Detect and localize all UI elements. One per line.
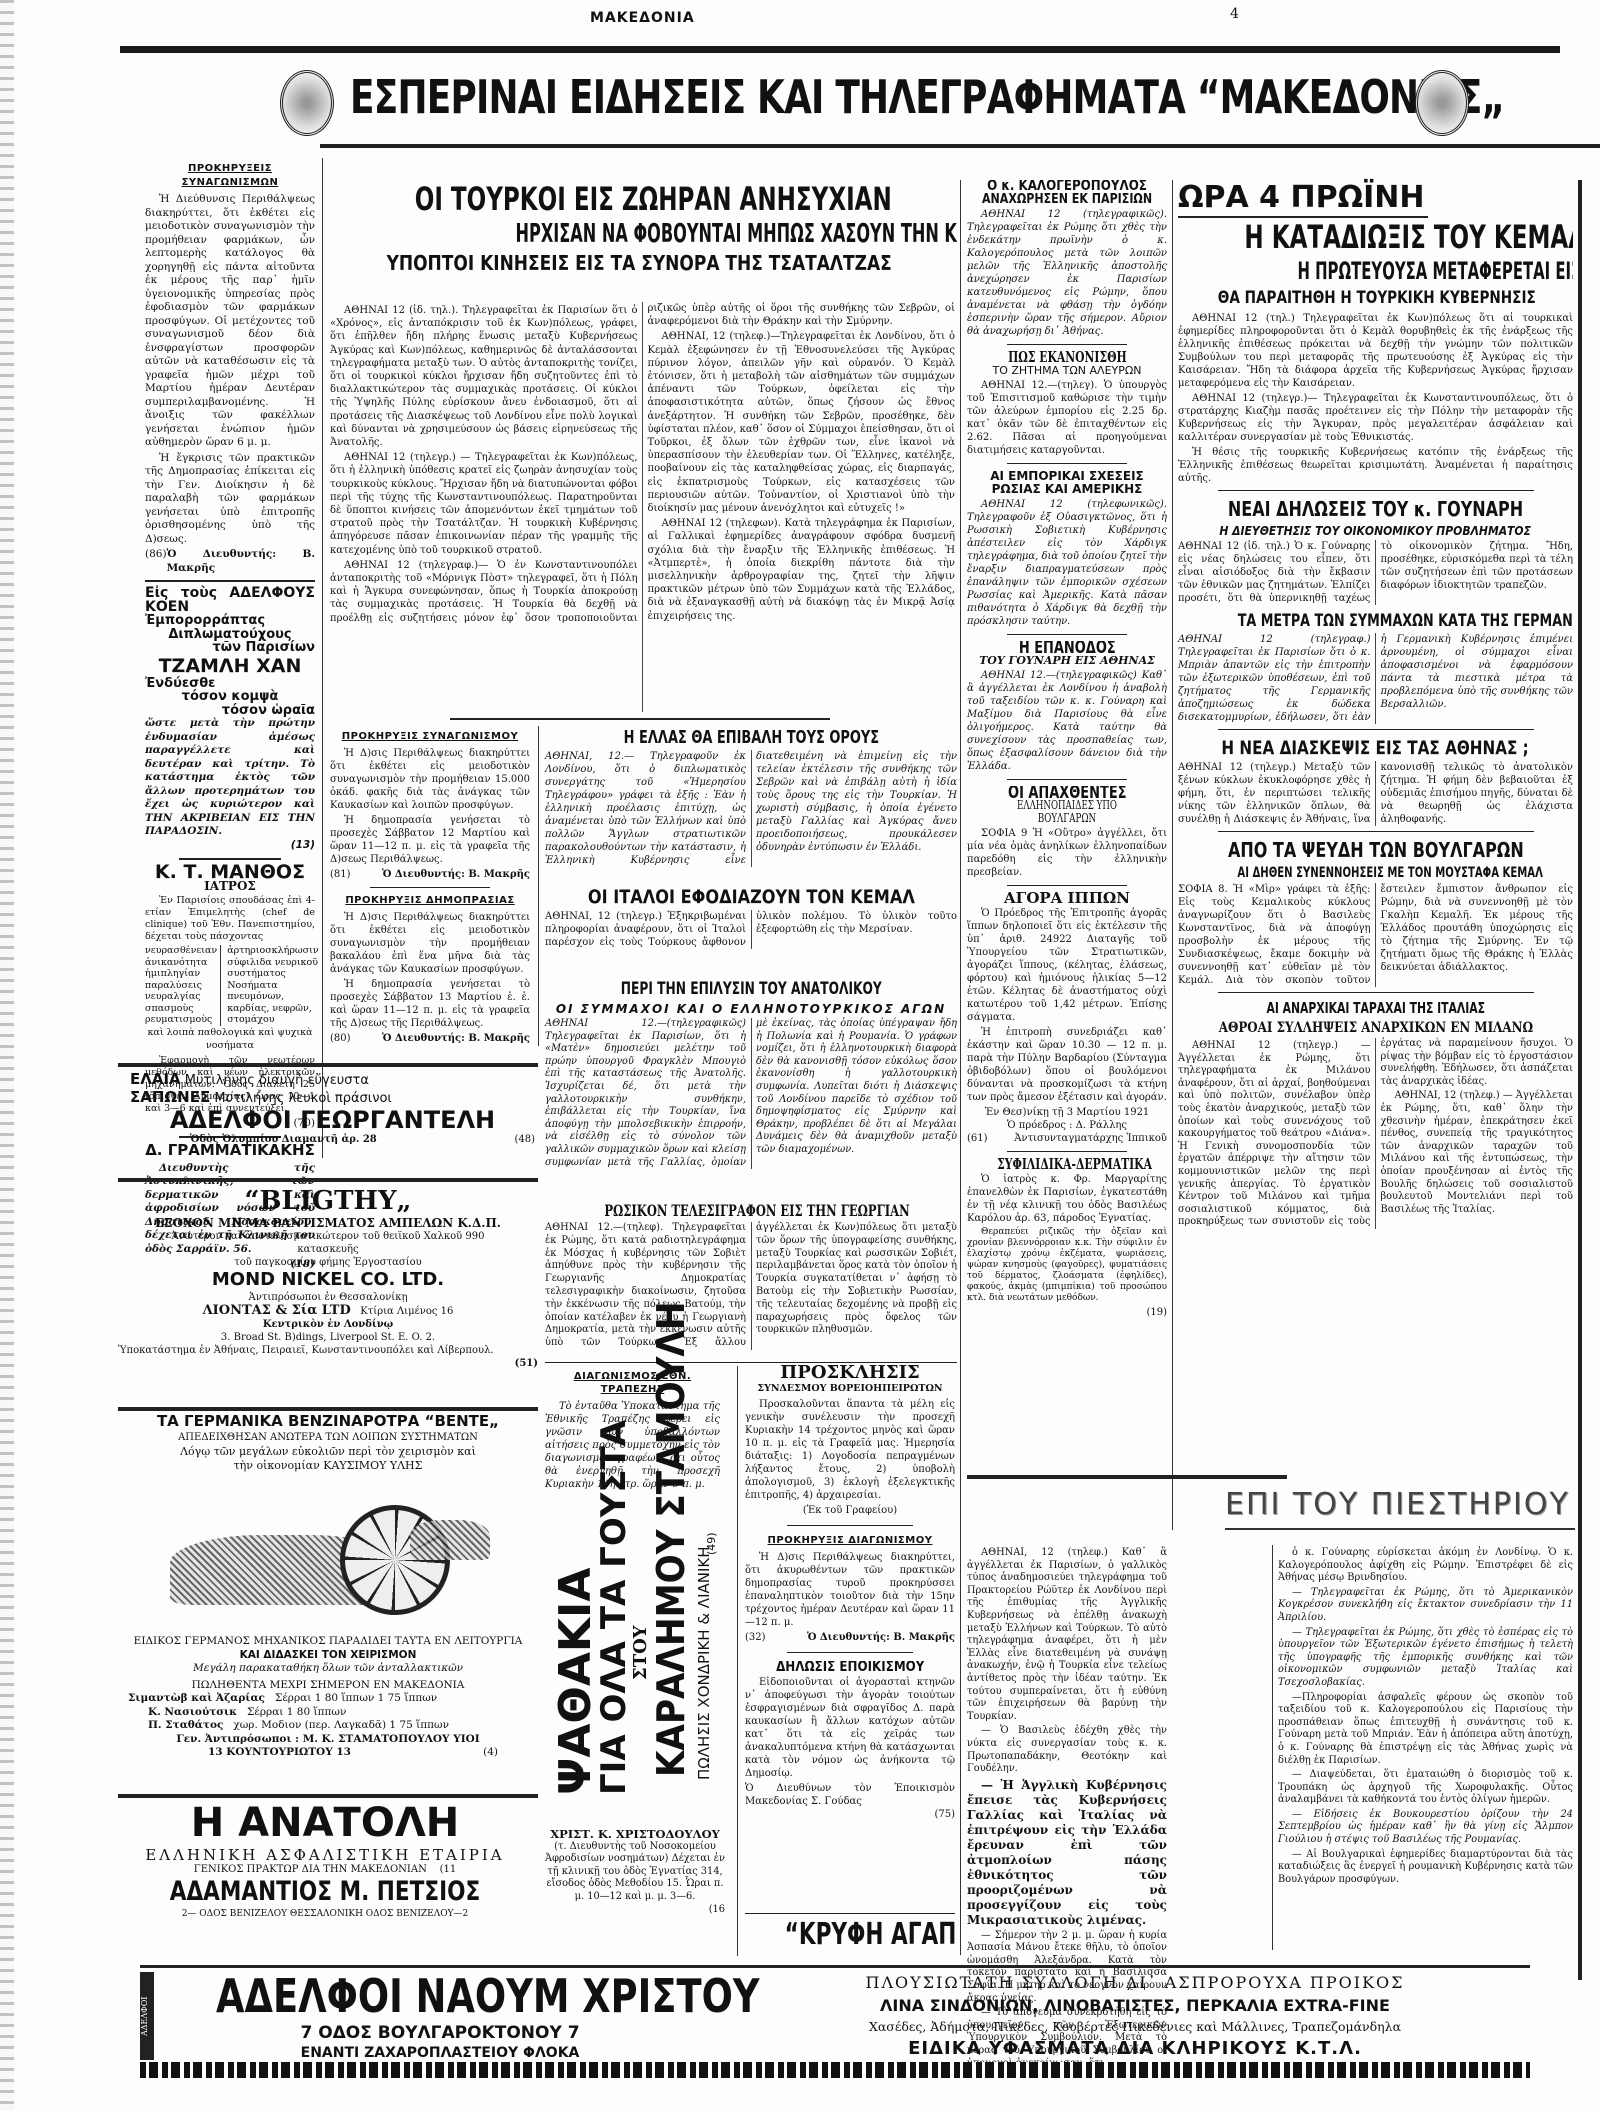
invitation-subheading: ΣΥΝΔΕΣΜΟΥ ΒΟΡΕΙΟΗΠΕΙΡΩΤΩΝ bbox=[745, 1382, 955, 1395]
condition-item: ἡμιπληγίαν bbox=[145, 968, 217, 980]
divider bbox=[1218, 490, 1534, 491]
eastern-question: ΠΕΡΙ ΤΗΝ ΕΠΙΛΥΣΙΝ ΤΟΥ ΑΝΑΤΟΛΙΚΟΥ ΟΙ ΣΥΜΜ… bbox=[545, 978, 957, 1169]
bligthy-agent-address: Κτίρια Λιμένος 16 bbox=[360, 1306, 453, 1317]
condition-item: πνευμόνων, καρδίας, νεφρῶν, bbox=[227, 991, 318, 1014]
footer-line2: ΛΙΝΑ ΣΙΝΔΟΝΙΩΝ, ΛΙΝΟΒΑΤΙΣΤΕΣ, ΠΕΡΚΑΛΙΑ E… bbox=[740, 1994, 1530, 2018]
doctor-conditions: νευρασθένειαν ἀνικανότητα ἡμιπληγίαν παρ… bbox=[145, 945, 315, 1026]
olive-ad: ΕΛΑΙΑ Μυτιλήνης διαυγὴ εὔγευστα ΣΑΠΩΝΕΣ … bbox=[130, 1070, 535, 1145]
return-body: ΑΘΗΝΑΙ 12.—(τηλεγραφικῶς) Καθ᾽ ἃ ἀγγέλλε… bbox=[967, 669, 1167, 773]
bulgarians-headline-1: ΑΠΟ ΤΑ ΨΕΥΔΗ ΤΩΝ ΒΟΥΛΓΑΡΩΝ bbox=[1178, 837, 1573, 863]
kemal-paragraph: ΑΘΗΝΑΙ 12 (τηλεγρ.)— Τηλεγραφεῖται ἐκ Κω… bbox=[1178, 392, 1573, 444]
insurance-line2: ΓΕΝΙΚΟΣ ΠΡΑΚΤΩΡ ΔΙΑ ΤΗΝ ΜΑΚΕΔΟΝΙΑΝ bbox=[194, 1864, 427, 1875]
bulgarians-headline-2-text: ΑΙ ΔΗΘΕΝ ΣΥΝΕΝΝΟΗΣΕΙΣ ΜΕ ΤΟΝ ΜΟΥΣΤΑΦΑ ΚΕ… bbox=[1237, 863, 1542, 883]
contest-body: Ἡ Δ)σις Περιθάλψεως διακηρύττει, ὅτι ἀκυ… bbox=[745, 1551, 955, 1629]
settlement-body: Εἰδοποιοῦνται οἱ ἀγορασταὶ κτηνῶν ν᾽ ἀπο… bbox=[745, 1676, 955, 1780]
notice-body-2: Ἡ δημοπρασία γενήσεται τὸ προσεχὲς Σάββα… bbox=[330, 814, 530, 866]
abducted-body: ΣΟΦΙΑ 9 Ἡ «Οὔτρο» ἀγγέλλει, ὅτι μία νέα … bbox=[967, 827, 1167, 879]
insurance-line1: ΕΛΛΗΝΙΚΗ ΑΣΦΑΛΙΣΤΙΚΗ ΕΤΑΙΡΙΑ bbox=[110, 1846, 540, 1864]
olive-company: ΑΔΕΛΦΟΙ ΓΕΩΡΓΑΝΤΕΛΗ bbox=[130, 1106, 535, 1134]
bligthy-ad: “BLIGTHY„ ΕΞΟΧΟΝ ΜΙΓΜΑ ΡΑΝΤΙΣΜΑΤΟΣ ΑΜΠΕΛ… bbox=[118, 1185, 538, 1370]
insurance-agent: ΑΔΑΜΑΝΤΙΟΣ Μ. ΠΕΤΣΙΟΣ bbox=[153, 1875, 497, 1909]
divider bbox=[787, 1525, 913, 1526]
ad-rule bbox=[118, 1063, 538, 1067]
invitation-heading: ΠΡΟΣΚΛΗΣΙΣ bbox=[745, 1366, 955, 1379]
press-paragraph: ΑΘΗΝΑΙ, 12 (τηλεφ.) Καθ᾽ ἃ ἀγγέλλεται ἐκ… bbox=[967, 1547, 1167, 1723]
germany-headline: ΤΑ ΜΕΤΡΑ ΤΩΝ ΣΥΜΜΑΧΩΝ ΚΑΤΑ ΤΗΣ ΓΕΡΜΑΝΙΑΣ bbox=[1178, 609, 1573, 633]
return-headline-1: Η ΕΠΑΝΟΔΟΣ bbox=[967, 641, 1167, 654]
syphilis-headline-text: ΣΥΦΙΛΙΔΙΚΑ-ΔΕΡΜΑΤΙΚΑ bbox=[997, 1158, 1152, 1171]
horses-rank-row: (61) Ἀντισυνταγματάρχης Ἱππικοῦ bbox=[967, 1132, 1167, 1145]
divider bbox=[1007, 779, 1127, 780]
divider bbox=[179, 858, 281, 860]
contest-signature-row: (32) Ὁ Διευθυντής: Β. Μακρῆς bbox=[745, 1631, 955, 1644]
condition-item: νευρασθένειαν bbox=[145, 945, 217, 957]
eastern-body: ΑΘΗΝΑΙ 12.—(τηλεγραφικῶς) Τηλεγραφεῖται … bbox=[545, 1018, 957, 1169]
kalogeropoulos-headline-2: ΑΝΑΧΩΡΗΣΕΝ ΕΚ ΠΑΡΙΣΙΩΝ bbox=[967, 193, 1167, 206]
doctor-intro: Ἐν Παρισίοις σπουδάσας ἐπὶ 4-ετίαν Ἐπιμε… bbox=[145, 895, 315, 943]
olive-address-row: Ὁδὸς Ὀλυμπίου Διαμαντῆ ἀρ. 28 (48) bbox=[130, 1134, 535, 1145]
christodoulou-body: (τ. Διευθυντὴς τοῦ Νοσοκομείου Ἀφροδισίω… bbox=[545, 1841, 725, 1904]
kryfi-agapi-title: “ΚΡΥΦΗ ΑΓΑΠΗ„ bbox=[785, 1917, 955, 1953]
tailor-ad: Εἰς τοὺς ΑΔΕΛΦΟΥΣ ΚΟΕΝ Ἐμπορορράπτας Διπ… bbox=[145, 587, 315, 852]
invitation-body: Προσκαλοῦνται ἅπαντα τὰ μέλη εἰς γενικὴν… bbox=[745, 1398, 955, 1502]
germany-headline-text: ΤΑ ΜΕΤΡΑ ΤΩΝ ΣΥΜΜΑΧΩΝ ΚΑΤΑ ΤΗΣ ΓΕΡΜΑΝΙΑΣ bbox=[1238, 609, 1573, 633]
press-paragraph: — Τηλεγραφεῖται ἐκ Ρώμης, ὅτι χθὲς τὸ ἑσ… bbox=[1278, 1627, 1573, 1690]
tractor-agents: Γεν. Ἀντιπρόσωποι : Μ. Κ. ΣΤΑΜΑΤΟΠΟΥΛΟΥ … bbox=[118, 1733, 538, 1747]
georgia-story: ΡΩΣΙΚΟΝ ΤΕΛΕΣΙΓΡΑΦΟΝ ΕΙΣ ΤΗΝ ΓΕΩΡΓΙΑΝ ΑΘ… bbox=[545, 1200, 957, 1350]
tailor-line3: Διπλωματούχους bbox=[145, 628, 315, 642]
vertical-ad-line2: ΓΙΑ ΟΛΑ ΤΑ ΓΟΥΣΤΑ bbox=[595, 1525, 633, 1795]
settlement-ref: (75) bbox=[745, 1808, 955, 1821]
doctor-name: Κ. Τ. ΜΑΝΘΟΣ bbox=[145, 866, 315, 880]
sales-row: Π. Σταθάτος χωρ. Μοδιον (περ. Λαγκαδᾶ) 1… bbox=[118, 1719, 538, 1733]
settlement-heading: ΔΗΛΩΣΙΣ ΕΠΟΙΚΙΣΜΟΥ bbox=[745, 1661, 955, 1674]
bligthy-company: MOND NICKEL CO. LTD. bbox=[118, 1269, 538, 1291]
horses-rank: Ἀντισυνταγματάρχης Ἱππικοῦ bbox=[1014, 1132, 1167, 1145]
eastern-headline-text: ΠΕΡΙ ΤΗΝ ΕΠΙΛΥΣΙΝ ΤΟΥ ΑΝΑΤΟΛΙΚΟΥ bbox=[620, 978, 881, 1000]
column-rule bbox=[960, 180, 961, 1955]
notice-ref: (86) bbox=[145, 548, 167, 575]
press-paragraph: — Ἡ Ἀγγλικὴ Κυβέρνησις ἔπεισε τὰς Κυβερν… bbox=[967, 1778, 1167, 1928]
condition-item: ρευματισμοὺς bbox=[145, 1014, 217, 1026]
kemal-body: ΑΘΗΝΑΙ 12 (τηλ.) Τηλεγραφεῖται ἐκ Κων)πό… bbox=[1178, 312, 1573, 485]
georgia-headline-text: ΡΩΣΙΚΟΝ ΤΕΛΕΣΙΓΡΑΦΟΝ ΕΙΣ ΤΗΝ ΓΕΩΡΓΙΑΝ bbox=[604, 1200, 909, 1222]
italians-headline-text: ΟΙ ΙΤΑΛΟΙ ΕΦΟΔΙΑΖΟΥΝ ΤΟΝ ΚΕΜΑΛ bbox=[587, 884, 914, 910]
footer-line1: ΠΛΟΥΣΙΩΤΑΤΗ ΣΥΛΛΟΓΗ ΔΙ᾽ ΑΣΠΡΟΡΟΥΧΑ ΠΡΟΙΚ… bbox=[740, 1972, 1530, 1994]
lead-headlines: ΟΙ ΤΟΥΡΚΟΙ ΕΙΣ ΖΩΗΡΑΝ ΑΝΗΣΥΧΙΑΝ ΗΡΧΙΣΑΝ … bbox=[322, 180, 957, 276]
kalogeropoulos-headline-1-text: Ο κ. ΚΑΛΟΓΕΡΟΠΟΥΛΟΣ bbox=[987, 180, 1147, 193]
settlement-signature: Ὁ Διευθύνων τὸν Ἐποικισμὸν Μακεδονίας Σ.… bbox=[745, 1782, 955, 1808]
eastern-headline: ΠΕΡΙ ΤΗΝ ΕΠΙΛΥΣΙΝ ΤΟΥ ΑΝΑΤΟΛΙΚΟΥ bbox=[545, 978, 957, 1000]
bligthy-line6: Ὑποκατάστημα ἐν Ἀθήναις, Πειραιεῖ, Κωνστ… bbox=[118, 1344, 538, 1357]
kemal-headline-3-text: ΘΑ ΠΑΡΑΙΤΗΘΗ Η ΤΟΥΡΚΙΚΗ ΚΥΒΕΡΝΗΣΙΣ bbox=[1218, 286, 1536, 310]
flour-body: ΑΘΗΝΑΙ 12.—(τηλεγ). Ὁ ὑπουργὸς τοῦ Ἐπισι… bbox=[967, 379, 1167, 457]
banner-title: ΕΣΠΕΡΙΝΑΙ ΕΙΔΗΣΕΙΣ ΚΑΙ ΤΗΛΕΓΡΑΦΗΜΑΤΑ “ΜΑ… bbox=[350, 70, 1504, 124]
divider bbox=[1007, 463, 1127, 464]
emblem-right-icon bbox=[1415, 70, 1469, 136]
olive-ref: (48) bbox=[514, 1134, 535, 1145]
greece-terms-headline-text: Η ΕΛΛΑΣ ΘΑ ΕΠΙΒΑΛΗ ΤΟΥΣ ΟΡΟΥΣ bbox=[623, 726, 878, 750]
tractor-address: 13 ΚΟΥΝΤΟΥΡΙΩΤΟΥ 13 bbox=[208, 1746, 351, 1760]
germany-body: ΑΘΗΝΑΙ 12 (τηλεγραφ.) Τηλεγραφεῖται ἐκ Π… bbox=[1178, 633, 1573, 724]
tractor-line4: ΠΩΛΗΘΕΝΤΑ ΜΕΧΡΙ ΣΗΜΕΡΟΝ ΕΝ ΜΑΚΕΔΟΝΙΑ bbox=[118, 1679, 538, 1693]
column-rule bbox=[538, 726, 539, 1046]
footer-right: ΠΛΟΥΣΙΩΤΑΤΗ ΣΥΛΛΟΓΗ ΔΙ᾽ ΑΣΠΡΟΡΟΥΧΑ ΠΡΟΙΚ… bbox=[740, 1972, 1530, 2062]
notice-ref: (80) bbox=[330, 1032, 351, 1045]
column-rule bbox=[322, 158, 323, 1158]
divider bbox=[745, 1913, 955, 1914]
mid-notices: ΠΡΟΚΗΡΥΞΙΣ ΣΥΝΑΓΩΝΙΣΜΟΥ Ἡ Δ)σις Περιθάλψ… bbox=[330, 726, 530, 1045]
italy-headline-2-text: ΑΘΡΟΑΙ ΣΥΛΛΗΨΕΙΣ ΑΝΑΡΧΙΚΩΝ ΕΝ ΜΙΛΑΝΩ bbox=[1218, 1018, 1532, 1038]
banner-rule bbox=[320, 144, 1600, 148]
bligthy-line3: τοῦ παγκοσμίου φήμης Ἐργοστασίου bbox=[118, 1256, 538, 1269]
column-rule bbox=[737, 1366, 738, 1956]
horses-body: Ὁ Πρόεδρος τῆς Ἐπιτροπῆς ἀγορᾶς ἵππων δη… bbox=[967, 907, 1167, 1024]
trade-headline-2: ΡΩΣΙΑΣ ΚΑΙ ΑΜΕΡΙΚΗΣ bbox=[967, 483, 1167, 496]
lead-paragraph: ΑΘΗΝΑΙ 12 (ἰδ. τηλ.). Τηλεγραφεῖται ἐκ Π… bbox=[330, 304, 638, 449]
divider bbox=[370, 887, 490, 888]
kemal-headline-1-text: Η ΚΑΤΑΔΙΩΞΙΣ ΤΟΥ ΚΕΜΑΛ bbox=[1244, 218, 1573, 256]
insurance-address: 2— ΟΔΟΣ ΒΕΝΙΖΕΛΟΥ ΘΕΣΣΑΛΟΝΙΚΗ ΟΔΟΣ ΒΕΝΙΖ… bbox=[110, 1909, 540, 1919]
gounaris-headline-2: Η ΔΙΕΥΘΕΤΗΣΙΣ ΤΟΥ ΟΙΚΟΝΟΜΙΚΟΥ ΠΡΟΒΛΗΜΑΤΟ… bbox=[1178, 522, 1573, 540]
notice-body: Ἡ Δ)σις Περιθάλψεως διακηρύττει ὅτι ἐκθέ… bbox=[330, 747, 530, 812]
condition-item: νευραλγίας bbox=[145, 991, 217, 1003]
page-edge-left bbox=[0, 0, 14, 2111]
notice-signature: Ὁ Διευθυντής: Β. Μακρῆς bbox=[167, 548, 315, 575]
divider bbox=[1007, 885, 1127, 886]
lead-end-rule bbox=[450, 718, 830, 720]
kicker: ΩΡΑ 4 ΠΡΩΪΝΗ bbox=[1178, 180, 1428, 218]
syphilis-body-2: Θεραπεύει ριζικῶς τὴν ὀξεῖαν καὶ χρονίαν… bbox=[967, 1227, 1167, 1304]
sale-buyer: Κ. Νασιούτσικ bbox=[148, 1706, 237, 1718]
footer-decorative-border bbox=[140, 2062, 1530, 2078]
lead-body: ΑΘΗΝΑΙ 12 (ἰδ. τηλ.). Τηλεγραφεῖται ἐκ Π… bbox=[330, 302, 955, 712]
notice-signature-row: (81) Ὁ Διευθυντής: Β. Μακρῆς bbox=[330, 868, 530, 881]
press-paragraph: — Τηλεγραφεῖται ἐκ Ρώμης, ὅτι τὸ Ἀμερικα… bbox=[1278, 1587, 1573, 1625]
press-paragraph: —Πληροφορίαι ἀσφαλεῖς φέρουν ὡς σκοπὸν τ… bbox=[1278, 1692, 1573, 1768]
flour-headline-2: ΤΟ ΖΗΤΗΜΑ ΤΩΝ ΑΛΕΥΡΩΝ bbox=[967, 364, 1167, 377]
footer-company: ΑΔΕΛΦΟΙ ΝΑΟΥΜ ΧΡΙΣΤΟΥ bbox=[216, 1970, 664, 2022]
georgia-headline: ΡΩΣΙΚΟΝ ΤΕΛΕΣΙΓΡΑΦΟΝ ΕΙΣ ΤΗΝ ΓΕΩΡΓΙΑΝ bbox=[545, 1200, 957, 1222]
doctor-outro: καὶ λοιπὰ παθολογικὰ καὶ ψυχικὰ νοσήματα bbox=[145, 1026, 315, 1053]
notice-heading: ΠΡΟΚΗΡΥΞΕΙΣ ΣΥΝΑΓΩΝΙΣΜΩΝ bbox=[145, 162, 315, 189]
sale-buyer: Π. Σταθάτος bbox=[148, 1719, 223, 1731]
kalogeropoulos-headline-1: Ο κ. ΚΑΛΟΓΕΡΟΠΟΥΛΟΣ bbox=[967, 180, 1167, 193]
kemal-paragraph: ΑΘΗΝΑΙ 12 (τηλ.) Τηλεγραφεῖται ἐκ Κων)πό… bbox=[1178, 312, 1573, 390]
gounaris-headline-1-text: ΝΕΑΙ ΔΗΛΩΣΕΙΣ ΤΟΥ κ. ΓΟΥΝΑΡΗ bbox=[1228, 496, 1523, 522]
italy-headline-2: ΑΘΡΟΑΙ ΣΥΛΛΗΨΕΙΣ ΑΝΑΡΧΙΚΩΝ ΕΝ ΜΙΛΑΝΩ bbox=[1178, 1018, 1573, 1038]
contest-signature: Ὁ Διευθυντής: Β. Μακρῆς bbox=[807, 1631, 955, 1644]
notice-body: Ἡ Διεύθυνσις Περιθάλψεως διακηρύττει, ὅτ… bbox=[145, 193, 315, 450]
dermatologist-name: Δ. ΓΡΑΜΜΑΤΙΚΑΚΗΣ bbox=[145, 1144, 315, 1158]
tractor-ad: ΤΑ ΓΕΡΜΑΝΙΚΑ ΒΕΝΖΙΝΑΡΟΤΡΑ “BENTE„ ΑΠΕΔΕΙ… bbox=[118, 1412, 538, 1473]
tailor-name: ΤΖΑΜΛΗ ΧΑΝ bbox=[145, 655, 315, 677]
tractor-illustration bbox=[150, 1495, 500, 1625]
tailor-line2: Ἐμπορορράπτας bbox=[145, 614, 315, 628]
paper-name: ΜΑΚΕΔΟΝΙΑ bbox=[590, 10, 695, 26]
tractor-line1: ΕΙΔΙΚΟΣ ΓΕΡΜΑΝΟΣ ΜΗΧΑΝΙΚΟΣ ΠΑΡΑΔΙΔΕΙ ΤΑΥ… bbox=[118, 1635, 538, 1649]
insurance-ref: (11 bbox=[440, 1864, 457, 1875]
contest-heading: ΠΡΟΚΗΡΥΞΙΣ ΔΙΑΓΩΝΙΣΜΟΥ bbox=[745, 1534, 955, 1547]
footer-line3: Χασέδες, Ἀδήμοτα, Πικέδες, Κουβέρτες Πικ… bbox=[740, 2018, 1530, 2036]
lead-paragraph: ΑΘΗΝΑΙ 12 (τηλεφων). Κατὰ τηλεγράφημα ἐκ… bbox=[648, 517, 956, 623]
notice-heading: ΠΡΟΚΗΡΥΞΙΣ ΔΗΜΟΠΡΑΣΙΑΣ bbox=[330, 894, 530, 907]
divider bbox=[1218, 992, 1534, 993]
bligthy-subtitle: ΕΞΟΧΟΝ ΜΙΓΜΑ ΡΑΝΤΙΣΜΑΤΟΣ ΑΜΠΕΛΩΝ Κ.Δ.Π. bbox=[118, 1217, 538, 1230]
horses-date: Ἐν Θεσ)νίκῃ τῇ 3 Μαρτίου 1921 bbox=[967, 1106, 1167, 1119]
tractor-engine-icon bbox=[410, 1520, 490, 1560]
conditions-right: ἀρτηριοσκλήρωσιν σύφιλιδα νευρικοῦ συστή… bbox=[227, 945, 318, 1026]
conditions-left: νευρασθένειαν ἀνικανότητα ἡμιπληγίαν παρ… bbox=[145, 945, 221, 1026]
italians-body: ΑΘΗΝΑΙ, 12 (τηλεγρ.) Ἐξηκριβωμέναι πληρο… bbox=[545, 910, 957, 949]
kemal-headline-1: Η ΚΑΤΑΔΙΩΞΙΣ ΤΟΥ ΚΕΜΑΛ bbox=[1178, 218, 1573, 256]
column-4: Ο κ. ΚΑΛΟΓΕΡΟΠΟΥΛΟΣ ΑΝΑΧΩΡΗΣΕΝ ΕΚ ΠΑΡΙΣΙ… bbox=[967, 180, 1167, 1319]
flour-headline-1: ΠΩΣ ΕΚΑΝΟΝΙΣΘΗ bbox=[967, 351, 1167, 364]
bligthy-line1: Ἀνώτερον καὶ ἀποτελεσματικώτερον τοῦ θει… bbox=[118, 1230, 538, 1243]
footer-line4: ΕΙΔΙΚΑ ΥΦΑΣΜΑΤΑ ΔΙΑ ΚΛΗΡΙΚΟΥΣ Κ.Τ.Λ. bbox=[740, 2036, 1530, 2062]
vertical-ad-line3: ΣΤΟΥ bbox=[630, 1600, 651, 1680]
divider bbox=[787, 1652, 913, 1653]
condition-item: ἀνικανότητα bbox=[145, 957, 217, 969]
horses-headline: ΑΓΟΡΑ ΙΠΠΩΝ bbox=[967, 892, 1167, 905]
abducted-headline-2-text: ΕΛΛΗΝΟΠΑΙΔΕΣ ΥΠΟ ΒΟΥΛΓΑΡΩΝ bbox=[995, 799, 1139, 825]
gounaris-body: ΑΘΗΝΑΙ 12 (ἰδ. τηλ.) Ὁ κ. Γούναρης εἰς ν… bbox=[1178, 540, 1573, 605]
trade-body: ΑΘΗΝΑΙ 12 (τηλεφωνικῶς). Τηλεγραφοῦν ἐξ … bbox=[967, 498, 1167, 628]
italy-headline-1: ΑΙ ΑΝΑΡΧΙΚΑΙ ΤΑΡΑΧΑΙ ΤΗΣ ΙΤΑΛΙΑΣ bbox=[1178, 998, 1573, 1018]
ad-rule bbox=[118, 1794, 538, 1798]
divider bbox=[1218, 729, 1534, 730]
tailor-line1: Εἰς τοὺς ΑΔΕΛΦΟΥΣ ΚΟΕΝ bbox=[145, 587, 315, 614]
gounaris-headline-2-text: Η ΔΙΕΥΘΕΤΗΣΙΣ ΤΟΥ ΟΙΚΟΝΟΜΙΚΟΥ ΠΡΟΒΛΗΜΑΤΟ… bbox=[1220, 522, 1532, 540]
olive-rest: Μυτιλήνης διαυγὴ εὔγευστα bbox=[185, 1073, 369, 1088]
greece-terms: Η ΕΛΛΑΣ ΘΑ ΕΠΙΒΑΛΗ ΤΟΥΣ ΟΡΟΥΣ ΑΘΗΝΑΙ, 12… bbox=[545, 726, 957, 867]
ad-rule bbox=[118, 1178, 538, 1182]
lead-headline-2-text: ΗΡΧΙΣΑΝ ΝΑ ΦΟΒΟΥΝΤΑΙ ΜΗΠΩΣ ΧΑΣΟΥΝ ΤΗΝ ΚΩ… bbox=[516, 218, 957, 250]
vertical-ad-sub: ΠΩΛΗΣΙΣ ΧΟΝΔΡΙΚΗ & ΛΙΑΝΙΚΗ bbox=[695, 1560, 713, 1780]
condition-item: συστήματος bbox=[227, 968, 318, 980]
syphilis-ref: (19) bbox=[967, 1306, 1167, 1319]
trade-headline-1: ΑΙ ΕΜΠΟΡΙΚΑΙ ΣΧΕΣΕΙΣ bbox=[967, 470, 1167, 483]
tailor-line7: τόσον ὡραῖα bbox=[145, 704, 315, 718]
page-edge-right bbox=[1578, 180, 1582, 1980]
insurance-line2-row: ΓΕΝΙΚΟΣ ΠΡΑΚΤΩΡ ΔΙΑ ΤΗΝ ΜΑΚΕΔΟΝΙΑΝ (11 bbox=[110, 1864, 540, 1875]
lead-paragraph: ΑΘΗΝΑΙ, 12 (τηλεφ.)—Τηλεγραφεῖται ἐκ Λον… bbox=[648, 330, 956, 515]
conference-body: ΑΘΗΝΑΙ 12 (τηλεγρ.) Μεταξὺ τῶν ξένων κύκ… bbox=[1178, 761, 1573, 826]
tractor-sub1: ΑΠΕΔΕΙΧΘΗΣΑΝ ΑΝΩΤΕΡΑ ΤΩΝ ΛΟΙΠΩΝ ΣΥΣΤΗΜΑΤ… bbox=[118, 1431, 538, 1445]
italy-headline-1-text: ΑΙ ΑΝΑΡΧΙΚΑΙ ΤΑΡΑΧΑΙ ΤΗΣ ΙΤΑΛΙΑΣ bbox=[1266, 998, 1485, 1018]
notice-signature-row: (80) Ὁ Διευθυντής: Β. Μακρῆς bbox=[330, 1032, 530, 1045]
christodoulou-ref: (16 bbox=[545, 1904, 725, 1917]
tailor-line4: τῶν Παρισίων bbox=[145, 641, 315, 655]
abducted-headline-2: ΕΛΛΗΝΟΠΑΙΔΕΣ ΥΠΟ ΒΟΥΛΓΑΡΩΝ bbox=[967, 799, 1167, 825]
divider bbox=[1007, 634, 1127, 635]
kemal-headline-2: Η ΠΡΩΤΕΥΟΥΣΑ ΜΕΤΑΦΕΡΕΤΑΙ ΕΙΣ ΚΑΙΣΑΡΕΙΑΝ bbox=[1178, 256, 1573, 286]
divider bbox=[1007, 344, 1127, 345]
christodoulou-ad: ΧΡΙΣΤ. Κ. ΧΡΙΣΤΟΔΟΥΛΟΥ (τ. Διευθυντὴς το… bbox=[545, 1828, 725, 1916]
christodoulou-name: ΧΡΙΣΤ. Κ. ΧΡΙΣΤΟΔΟΥΛΟΥ bbox=[545, 1828, 725, 1841]
divider bbox=[145, 580, 315, 582]
flour-headline-1-text: ΠΩΣ ΕΚΑΝΟΝΙΣΘΗ bbox=[1008, 351, 1127, 364]
georgia-body: ΑΘΗΝΑΙ 12.—(τηλεφ). Τηλεγραφεῖται ἐκ Ρώμ… bbox=[545, 1222, 957, 1350]
tractor-ref: (4) bbox=[483, 1746, 498, 1760]
emblem-left-icon bbox=[280, 70, 334, 136]
bligthy-brand: “BLIGTHY„ bbox=[118, 1185, 538, 1217]
sale-detail: χωρ. Μοδιον (περ. Λαγκαδᾶ) 1 75 ἵππων bbox=[233, 1719, 449, 1731]
contest-ref: (32) bbox=[745, 1631, 766, 1644]
press-paragraph: — Εἰδήσεις ἐκ Βουκουρεστίου ὁρίζουν τὴν … bbox=[1278, 1809, 1573, 1847]
press-right: ὁ κ. Γούναρης εὑρίσκεται ἀκόμη ἐν Λονδίν… bbox=[1278, 1545, 1573, 1888]
lead-paragraph: ΑΘΗΝΑΙ 12 (τηλεγρ.) — Τηλεγραφεῖται ἐκ Κ… bbox=[330, 451, 638, 557]
settlement-heading-text: ΔΗΛΩΣΙΣ ΕΠΟΙΚΙΣΜΟΥ bbox=[776, 1661, 924, 1674]
bligthy-line5: Κεντρικὸν ἐν Λονδίνῳ bbox=[118, 1318, 538, 1331]
page-number: 4 bbox=[1230, 6, 1239, 22]
bligthy-london: 3. Broad St. B)dings, Liverpool St. E. O… bbox=[118, 1331, 538, 1344]
press-paragraph: ὁ κ. Γούναρης εὑρίσκεται ἀκόμη ἐν Λονδίν… bbox=[1278, 1547, 1573, 1585]
press-rule bbox=[967, 1475, 1287, 1479]
return-headline-2: ΤΟΥ ΓΟΥΝΑΡΗ ΕΙΣ ΑΘΗΝΑΣ bbox=[967, 654, 1167, 667]
footer-address: 7 ΟΔΟΣ ΒΟΥΛΓΑΡΟΚΤΟΝΟΥ 7 bbox=[160, 2022, 720, 2044]
condition-item: ἀρτηριοσκλήρωσιν bbox=[227, 945, 318, 957]
condition-item: παραλύσεις bbox=[145, 980, 217, 992]
ad-rule bbox=[118, 1407, 538, 1411]
kalogeropoulos-headline-2-text: ΑΝΑΧΩΡΗΣΕΝ ΕΚ ΠΑΡΙΣΙΩΝ bbox=[982, 193, 1152, 206]
syphilis-headline: ΣΥΦΙΛΙΔΙΚΑ-ΔΕΡΜΑΤΙΚΑ bbox=[967, 1158, 1167, 1171]
eastern-subheadline: ΟΙ ΣΥΜΜΑΧΟΙ ΚΑΙ Ο ΕΛΛΗΝΟΤΟΥΡΚΙΚΟΣ ΑΓΩΝ bbox=[545, 1000, 957, 1018]
bulgarians-headline-2: ΑΙ ΔΗΘΕΝ ΣΥΝΕΝΝΟΗΣΕΙΣ ΜΕ ΤΟΝ ΜΟΥΣΤΑΦΑ ΚΕ… bbox=[1178, 863, 1573, 883]
invitation-from: (Ἐκ τοῦ Γραφείου) bbox=[745, 1504, 955, 1517]
greece-terms-body: ΑΘΗΝΑΙ, 12.— Τηλεγραφοῦν ἐκ Λονδίνου, ὅτ… bbox=[545, 750, 957, 867]
tailor-ref: (13) bbox=[145, 839, 315, 853]
lead-headline-1: ΟΙ ΤΟΥΡΚΟΙ ΕΙΣ ΖΩΗΡΑΝ ΑΝΗΣΥΧΙΑΝ bbox=[322, 180, 957, 218]
bulgarians-headline-1-text: ΑΠΟ ΤΑ ΨΕΥΔΗ ΤΩΝ ΒΟΥΛΓΑΡΩΝ bbox=[1228, 837, 1524, 863]
horses-body-2: Ἡ ἐπιτροπὴ συνεδριάζει καθ᾽ ἑκάστην καὶ … bbox=[967, 1026, 1167, 1104]
sale-detail: Σέρραι 1 80 ἵππων 1 75 ἵππων bbox=[275, 1692, 437, 1704]
notice-ref: (81) bbox=[330, 868, 351, 881]
conference-headline-text: Η ΝΕΑ ΔΙΑΣΚΕΨΙΣ ΕΙΣ ΤΑΣ ΑΘΗΝΑΣ ; bbox=[1222, 735, 1529, 761]
tailor-body: ὥστε μετὰ τὴν πρώτην ἐνδυμασίαν ἀμέσως π… bbox=[145, 717, 315, 839]
vertical-ad-line1: ΨΑΘΑΚΙΑ bbox=[552, 1525, 600, 1795]
syphilis-body: Ὁ ἰατρὸς κ. Φρ. Μαργαρίτης ἐπανελθὼν ἐκ … bbox=[967, 1173, 1167, 1225]
press-heading: ΕΠΙ ΤΟΥ ΠΙΕΣΤΗΡΙΟΥ bbox=[1225, 1484, 1575, 1530]
footer-left: ΑΔΕΛΦΟΙ ΝΑΟΥΜ ΧΡΙΣΤΟΥ 7 ΟΔΟΣ ΒΟΥΛΓΑΡΟΚΤΟ… bbox=[160, 1970, 720, 2062]
olive-big: ΕΛΑΙΑ bbox=[130, 1070, 181, 1088]
notice-signature-row: (86) Ὁ Διευθυντής: Β. Μακρῆς bbox=[145, 548, 315, 575]
italy-paragraph: ΑΘΗΝΑΙ, 12 (τηλεφ.) — Ἀγγέλλεται ἐκ Ρώμη… bbox=[1381, 1090, 1574, 1216]
soap-rest: Μυτιλήνης λευκοὶ πράσινοι bbox=[214, 1091, 391, 1106]
footer-landmark: ΕΝΑΝΤΙ ΖΑΧΑΡΟΠΛΑΣΤΕΙΟΥ ΦΛΟΚΑ bbox=[160, 2044, 720, 2062]
conference-headline: Η ΝΕΑ ΔΙΑΣΚΕΨΙΣ ΕΙΣ ΤΑΣ ΑΘΗΝΑΣ ; bbox=[1178, 735, 1573, 761]
bank-heading: ΔΙΑΓΩΝΙΣΜΟΣ ΕΘΝ. ΤΡΑΠΕΖΗΣ bbox=[545, 1370, 720, 1396]
tractor-headline: ΤΑ ΓΕΡΜΑΝΙΚΑ ΒΕΝΖΙΝΑΡΟΤΡΑ “BENTE„ bbox=[118, 1412, 538, 1431]
italians-headline: ΟΙ ΙΤΑΛΟΙ ΕΦΟΔΙΑΖΟΥΝ ΤΟΝ ΚΕΜΑΛ bbox=[545, 884, 957, 910]
notice-heading: ΠΡΟΚΗΡΥΞΙΣ ΣΥΝΑΓΩΝΙΣΜΟΥ bbox=[330, 730, 530, 743]
sale-detail: Σέρραι 1 80 ἵππων bbox=[247, 1706, 346, 1718]
kemal-paragraph: Ἡ θέσις τῆς τουρκικῆς Κυβερνήσεως κατόπι… bbox=[1178, 446, 1573, 485]
notice-signature: Ὁ Διευθυντής: Β. Μακρῆς bbox=[382, 868, 530, 881]
lead-headline-1-text: ΟΙ ΤΟΥΡΚΟΙ ΕΙΣ ΖΩΗΡΑΝ ΑΝΗΣΥΧΙΑΝ bbox=[415, 180, 892, 218]
horses-president: Ὁ πρόεδρος : Δ. Ράλλης bbox=[967, 1119, 1167, 1132]
tractor-line2: ΚΑΙ ΔΙΔΑΣΚΕΙ ΤΟΝ ΧΕΙΡΙΣΜΟΝ bbox=[118, 1649, 538, 1663]
insurance-ad: Η ΑΝΑΤΟΛΗ ΕΛΛΗΝΙΚΗ ΑΣΦΑΛΙΣΤΙΚΗ ΕΤΑΙΡΙΑ Γ… bbox=[110, 1800, 540, 1919]
greece-terms-headline: Η ΕΛΛΑΣ ΘΑ ΕΠΙΒΑΛΗ ΤΟΥΣ ΟΡΟΥΣ bbox=[545, 726, 957, 750]
italians-story: ΟΙ ΙΤΑΛΟΙ ΕΦΟΔΙΑΖΟΥΝ ΤΟΝ ΚΕΜΑΛ ΑΘΗΝΑΙ, 1… bbox=[545, 884, 957, 949]
tractor-sub2: Λόγῳ τῶν μεγάλων εὐκολιῶν περὶ τὸν χειρι… bbox=[118, 1445, 538, 1459]
tractor-line3: Μεγάλη παρακαταθήκη ὅλων τῶν ἀνταλλακτικ… bbox=[118, 1662, 538, 1676]
notice-body-2: Ἡ δημοπρασία γενήσεται τὸ προσεχὲς Σάββα… bbox=[330, 978, 530, 1030]
masthead: ΜΑΚΕΔΟΝΙΑ 4 bbox=[0, 0, 1600, 60]
notice-signature: Ὁ Διευθυντής: Β. Μακρῆς bbox=[382, 1032, 530, 1045]
condition-item: στομάχου bbox=[227, 1014, 318, 1026]
column-rule bbox=[1272, 1545, 1273, 1950]
condition-item: σύφιλιδα νευρικοῦ bbox=[227, 957, 318, 969]
divider bbox=[1007, 1151, 1127, 1152]
kemal-headline-3: ΘΑ ΠΑΡΑΙΤΗΘΗ Η ΤΟΥΡΚΙΚΗ ΚΥΒΕΡΝΗΣΙΣ bbox=[1178, 286, 1573, 310]
column-5: ΩΡΑ 4 ΠΡΩΪΝΗ Η ΚΑΤΑΔΙΩΞΙΣ ΤΟΥ ΚΕΜΑΛ Η ΠΡ… bbox=[1178, 180, 1573, 1229]
kryfi-agapi-ad: “ΚΡΥΦΗ ΑΓΑΠΗ„ bbox=[745, 1917, 955, 1953]
kalogeropoulos-body: ΑΘΗΝΑΙ 12 (τηλεγραφικῶς). Τηλεγραφεῖται … bbox=[967, 208, 1167, 338]
vertical-ad-ref: (49) bbox=[705, 1525, 718, 1555]
olive-address: Ὁδὸς Ὀλυμπίου Διαμαντῆ ἀρ. 28 bbox=[190, 1134, 377, 1145]
gounaris-headline-1: ΝΕΑΙ ΔΗΛΩΣΕΙΣ ΤΟΥ κ. ΓΟΥΝΑΡΗ bbox=[1178, 496, 1573, 522]
kemal-headline-2-text: Η ΠΡΩΤΕΥΟΥΣΑ ΜΕΤΑΦΕΡΕΤΑΙ ΕΙΣ ΚΑΙΣΑΡΕΙΑΝ bbox=[1297, 256, 1573, 286]
tailor-line6: τόσον κομψὰ bbox=[145, 690, 315, 704]
soap-big: ΣΑΠΩΝΕΣ bbox=[130, 1088, 210, 1106]
bligthy-agent: ΛΙΟΝΤΑΣ & Σία LTD bbox=[203, 1303, 351, 1318]
tractor-sub3: τὴν οἰκονομίαν ΚΑΥΣΙΜΟΥ ΥΛΗΣ bbox=[118, 1459, 538, 1473]
bligthy-line2: κατασκευῆς bbox=[118, 1243, 538, 1256]
column-rule bbox=[1172, 180, 1173, 1530]
insurance-name: Η ΑΝΑΤΟΛΗ bbox=[110, 1800, 540, 1846]
notice-body-2: Ἡ ἔγκρισις τῶν πρακτικῶν τῆς Δημοπρασίας… bbox=[145, 452, 315, 547]
tailor-line5: Ἐνδύεσθε bbox=[145, 677, 315, 691]
italy-body: ΑΘΗΝΑΙ 12 (τηλεγρ.) — Ἀγγέλλεται ἐκ Ρώμη… bbox=[1178, 1038, 1573, 1229]
footer-ad: ΑΔΕΛΦΟΙ ΑΔΕΛΦΟΙ ΝΑΟΥΜ ΧΡΙΣΤΟΥ 7 ΟΔΟΣ ΒΟΥ… bbox=[140, 1965, 1530, 2077]
notice-body: Ἡ Δ)σις Περιθάλψεως διακηρύττει ὅτι ἐκθέ… bbox=[330, 911, 530, 976]
press-paragraph: — Ὁ Βασιλεὺς ἐδέχθη χθὲς τὴν νύκτα εἰς σ… bbox=[967, 1725, 1167, 1775]
sales-row: Σιμαντὼβ καὶ Ἀζαρίας Σέρραι 1 80 ἵππων 1… bbox=[118, 1692, 538, 1706]
tractor-address-row: 13 ΚΟΥΝΤΟΥΡΙΩΤΟΥ 13 (4) bbox=[118, 1746, 538, 1760]
condition-item: σπασμοὺς bbox=[145, 1003, 217, 1015]
tractor-details: ΕΙΔΙΚΟΣ ΓΕΡΜΑΝΟΣ ΜΗΧΑΝΙΚΟΣ ΠΑΡΑΔΙΔΕΙ ΤΑΥ… bbox=[118, 1635, 538, 1760]
condition-item: Νοσήματα bbox=[227, 980, 318, 992]
vertical-ad-name: ΚΑΡΑΛΗΜΟΥ ΣΤΑΜΟΥΛΗ bbox=[650, 1543, 692, 1777]
sale-buyer: Σιμαντὼβ καὶ Ἀζαρίας bbox=[128, 1692, 265, 1704]
press-paragraph: — Αἱ Βουλγαρικαὶ ἐφημερίδες διαμαρτύροντ… bbox=[1278, 1849, 1573, 1887]
return-headline-1-text: Η ΕΠΑΝΟΔΟΣ bbox=[1019, 641, 1116, 654]
horses-ref: (61) bbox=[967, 1132, 988, 1145]
main-banner: ΕΣΠΕΡΙΝΑΙ ΕΙΔΗΣΕΙΣ ΚΑΙ ΤΗΛΕΓΡΑΦΗΜΑΤΑ “ΜΑ… bbox=[170, 62, 1570, 148]
masthead-rule bbox=[120, 46, 1560, 53]
lead-headline-2: ΗΡΧΙΣΑΝ ΝΑ ΦΟΒΟΥΝΤΑΙ ΜΗΠΩΣ ΧΑΣΟΥΝ ΤΗΝ ΚΩ… bbox=[322, 218, 957, 250]
lead-headline-3-text: ΥΠΟΠΤΟΙ ΚΙΝΗΣΕΙΣ ΕΙΣ ΤΑ ΣΥΝΟΡΑ ΤΗΣ ΤΣΑΤΑ… bbox=[387, 250, 892, 276]
bulgarians-body: ΣΟΦΙΑ 8. Ἡ «Μὶρ» γράφει τὰ ἑξῆς: Εἰς τοὺ… bbox=[1178, 883, 1573, 987]
divider bbox=[1218, 831, 1534, 832]
right-notices: ΠΡΟΣΚΛΗΣΙΣ ΣΥΝΔΕΣΜΟΥ ΒΟΡΕΙΟΗΠΕΙΡΩΤΩΝ Προ… bbox=[745, 1366, 955, 1821]
lead-headline-3: ΥΠΟΠΤΟΙ ΚΙΝΗΣΕΙΣ ΕΙΣ ΤΑ ΣΥΝΟΡΑ ΤΗΣ ΤΣΑΤΑ… bbox=[322, 250, 957, 276]
press-paragraph: — Διαψεύδεται, ὅτι ἐματαιώθη ὁ διορισμὸς… bbox=[1278, 1769, 1573, 1807]
sales-row: Κ. Νασιούτσικ Σέρραι 1 80 ἵππων bbox=[118, 1706, 538, 1720]
bligthy-ref: (51) bbox=[118, 1357, 538, 1370]
footer-vertical-tag: ΑΔΕΛΦΟΙ bbox=[140, 1972, 154, 2060]
